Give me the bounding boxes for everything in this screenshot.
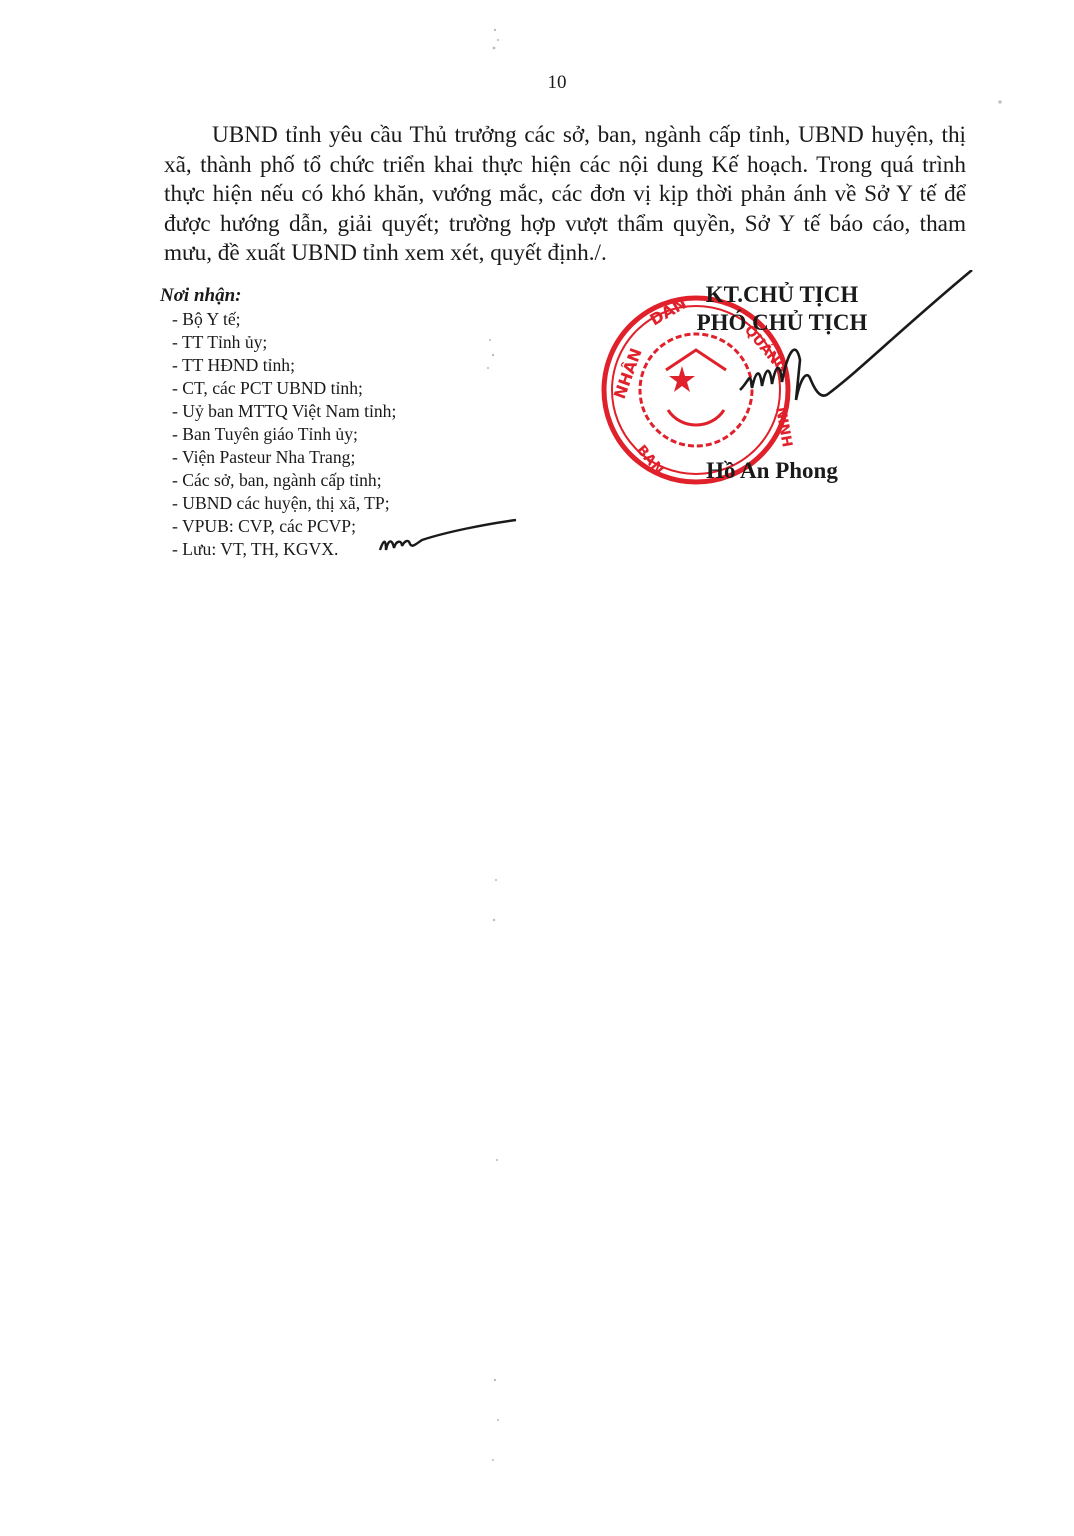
signer-name: Hồ An Phong bbox=[602, 458, 942, 484]
recipient-item: - TT Tỉnh ủy; bbox=[172, 331, 540, 354]
signature-block: NHÂN DÂN QUẢNG NINH BAN KT.CHỦ TỊCH PHÓ … bbox=[600, 280, 940, 500]
initials-icon bbox=[376, 514, 526, 564]
recipient-item: - TT HĐND tỉnh; bbox=[172, 354, 540, 377]
recipient-item: - Viện Pasteur Nha Trang; bbox=[172, 446, 540, 469]
page-number: 10 bbox=[0, 72, 1074, 94]
recipient-item: - CT, các PCT UBND tỉnh; bbox=[172, 377, 540, 400]
recipients-heading: Nơi nhận: bbox=[160, 284, 540, 307]
handwritten-signature-icon bbox=[600, 270, 980, 430]
recipient-item: - Uỷ ban MTTQ Việt Nam tỉnh; bbox=[172, 400, 540, 423]
recipient-item: - Ban Tuyên giáo Tỉnh ủy; bbox=[172, 423, 540, 446]
closing-paragraph-text: UBND tỉnh yêu cầu Thủ trưởng các sở, ban… bbox=[164, 122, 966, 266]
recipient-item: - UBND các huyện, thị xã, TP; bbox=[172, 492, 540, 515]
recipient-item: - Bộ Y tế; bbox=[172, 308, 540, 331]
closing-paragraph: UBND tỉnh yêu cầu Thủ trưởng các sở, ban… bbox=[164, 121, 966, 269]
recipient-item: - Các sở, ban, ngành cấp tỉnh; bbox=[172, 469, 540, 492]
